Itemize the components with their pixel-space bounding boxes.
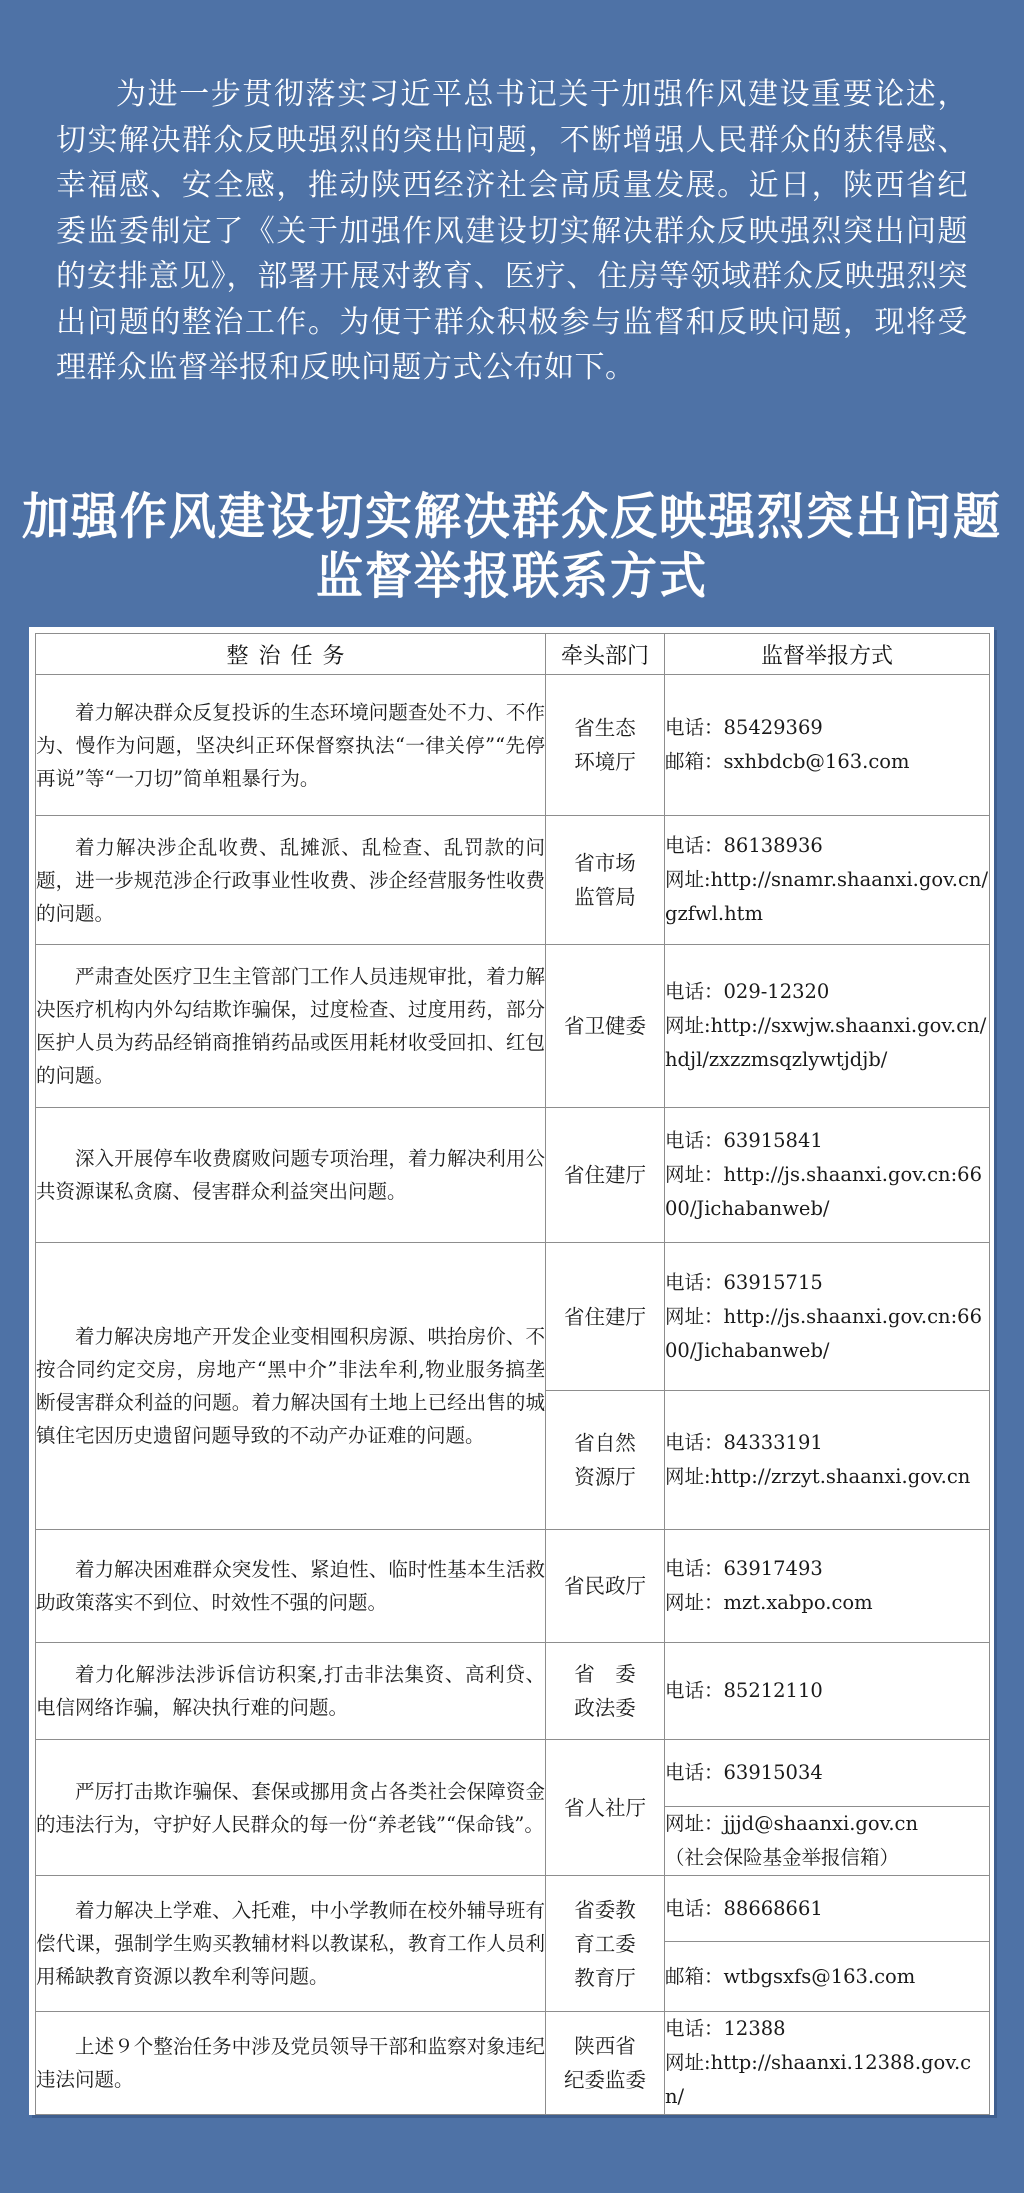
contact-cell: 电话：85212110 bbox=[665, 1643, 990, 1740]
dept-line: 资源厅 bbox=[546, 1460, 664, 1494]
task-cell: 着力解决涉企乱收费、乱摊派、乱检查、乱罚款的问题，进一步规范涉企行政事业性收费、… bbox=[36, 816, 546, 945]
contact-cell: 网址：jjjd@shaanxi.gov.cn （社会保险基金举报信箱） bbox=[665, 1807, 990, 1876]
table-header-row: 整治任务 牵头部门 监督举报方式 bbox=[36, 634, 990, 675]
dept-line: 纪委监委 bbox=[546, 2063, 664, 2097]
dept-cell: 省委教 育工委 教育厅 bbox=[546, 1876, 665, 2012]
dept-cell: 省住建厅 bbox=[546, 1108, 665, 1243]
table-row: 着力化解涉法涉诉信访积案,打击非法集资、高利贷、电信网络诈骗，解决执行难的问题。… bbox=[36, 1643, 990, 1740]
contact-table: 整治任务 牵头部门 监督举报方式 着力解决群众反复投诉的生态环境问题查处不力、不… bbox=[35, 633, 990, 2115]
contact-cell: 电话：86138936 网址:http://snamr.shaanxi.gov.… bbox=[665, 816, 990, 945]
header-dept: 牵头部门 bbox=[546, 634, 665, 675]
dept-line: 政法委 bbox=[546, 1691, 664, 1725]
table-row: 着力解决房地产开发企业变相囤积房源、哄抬房价、不按合同约定交房，房地产“黑中介”… bbox=[36, 1243, 990, 1391]
contact-cell: 电话：63915034 bbox=[665, 1740, 990, 1807]
table-row: 着力解决涉企乱收费、乱摊派、乱检查、乱罚款的问题，进一步规范涉企行政事业性收费、… bbox=[36, 816, 990, 945]
page-title: 加强作风建设切实解决群众反映强烈突出问题 监督举报联系方式 bbox=[0, 487, 1024, 607]
table-row: 严肃查处医疗卫生主管部门工作人员违规审批，着力解决医疗机构内外勾结欺诈骗保，过度… bbox=[36, 945, 990, 1108]
contact-cell: 电话：84333191 网址:http://zrzyt.shaanxi.gov.… bbox=[665, 1391, 990, 1530]
header-task: 整治任务 bbox=[36, 634, 546, 675]
task-cell: 深入开展停车收费腐败问题专项治理，着力解决利用公共资源谋私贪腐、侵害群众利益突出… bbox=[36, 1108, 546, 1243]
dept-line: 省卫健委 bbox=[546, 1009, 664, 1043]
dept-line: 省委教 bbox=[546, 1893, 664, 1927]
phone-text: 电话：85212110 bbox=[665, 1674, 989, 1708]
contact-cell: 电话：85429369 邮箱：sxhbdcb@163.com bbox=[665, 675, 990, 816]
dept-cell: 省民政厅 bbox=[546, 1530, 665, 1643]
phone-text: 电话：63915715 bbox=[665, 1266, 989, 1300]
website-link[interactable]: 网址：http://js.shaanxi.gov.cn:6600/Jichaba… bbox=[665, 1158, 989, 1226]
contact-table-panel: 整治任务 牵头部门 监督举报方式 着力解决群众反复投诉的生态环境问题查处不力、不… bbox=[29, 627, 994, 2115]
phone-text: 电话：029-12320 bbox=[665, 975, 989, 1009]
title-line-2: 监督举报联系方式 bbox=[0, 547, 1024, 607]
task-cell: 上述９个整治任务中涉及党员领导干部和监察对象违纪违法问题。 bbox=[36, 2012, 546, 2115]
email-text: 邮箱：sxhbdcb@163.com bbox=[665, 745, 989, 779]
table-row: 严厉打击欺诈骗保、套保或挪用贪占各类社会保障资金的违法行为，守护好人民群众的每一… bbox=[36, 1740, 990, 1807]
task-cell: 着力化解涉法涉诉信访积案,打击非法集资、高利贷、电信网络诈骗，解决执行难的问题。 bbox=[36, 1643, 546, 1740]
website-link[interactable]: 网址:http://shaanxi.12388.gov.cn/ bbox=[665, 2046, 989, 2114]
phone-text: 电话：63917493 bbox=[665, 1552, 989, 1586]
contact-cell: 电话：63915841 网址：http://js.shaanxi.gov.cn:… bbox=[665, 1108, 990, 1243]
website-link[interactable]: 网址:http://zrzyt.shaanxi.gov.cn bbox=[665, 1460, 989, 1494]
dept-line: 省市场 bbox=[546, 846, 664, 880]
dept-line: 省住建厅 bbox=[546, 1158, 664, 1192]
phone-text: 电话：12388 bbox=[665, 2012, 989, 2046]
table-row: 着力解决困难群众突发性、紧迫性、临时性基本生活救助政策落实不到位、时效性不强的问… bbox=[36, 1530, 990, 1643]
website-link[interactable]: 网址：mzt.xabpo.com bbox=[665, 1586, 989, 1620]
contact-cell: 电话：12388 网址:http://shaanxi.12388.gov.cn/ bbox=[665, 2012, 990, 2115]
website-link[interactable]: 网址：http://js.shaanxi.gov.cn:6600/Jichaba… bbox=[665, 1300, 989, 1368]
task-cell: 着力解决上学难、入托难，中小学教师在校外辅导班有偿代课，强制学生购买教辅材料以教… bbox=[36, 1876, 546, 2012]
contact-cell: 电话：63915715 网址：http://js.shaanxi.gov.cn:… bbox=[665, 1243, 990, 1391]
task-cell: 严肃查处医疗卫生主管部门工作人员违规审批，着力解决医疗机构内外勾结欺诈骗保，过度… bbox=[36, 945, 546, 1108]
task-cell: 着力解决困难群众突发性、紧迫性、临时性基本生活救助政策落实不到位、时效性不强的问… bbox=[36, 1530, 546, 1643]
phone-text: 电话：63915841 bbox=[665, 1124, 989, 1158]
dept-cell: 省卫健委 bbox=[546, 945, 665, 1108]
phone-text: 电话：84333191 bbox=[665, 1426, 989, 1460]
table-row: 着力解决上学难、入托难，中小学教师在校外辅导班有偿代课，强制学生购买教辅材料以教… bbox=[36, 1876, 990, 1942]
dept-cell: 省人社厅 bbox=[546, 1740, 665, 1876]
website-link[interactable]: 网址:http://sxwjw.shaanxi.gov.cn/hdjl/zxzz… bbox=[665, 1009, 989, 1077]
dept-line: 省人社厅 bbox=[546, 1791, 664, 1825]
dept-line: 省民政厅 bbox=[546, 1569, 664, 1603]
phone-text: 电话：63915034 bbox=[665, 1756, 989, 1790]
website-link[interactable]: 网址:http://snamr.shaanxi.gov.cn/gzfwl.htm bbox=[665, 863, 989, 931]
table-row: 着力解决群众反复投诉的生态环境问题查处不力、不作为、慢作为问题，坚决纠正环保督察… bbox=[36, 675, 990, 816]
dept-cell: 省住建厅 bbox=[546, 1243, 665, 1391]
contact-note: （社会保险基金举报信箱） bbox=[665, 1841, 989, 1875]
dept-cell: 省自然 资源厅 bbox=[546, 1391, 665, 1530]
phone-text: 电话：86138936 bbox=[665, 829, 989, 863]
dept-line: 教育厅 bbox=[546, 1961, 664, 1995]
header-contact: 监督举报方式 bbox=[665, 634, 990, 675]
dept-line: 省生态 bbox=[546, 711, 664, 745]
title-line-1: 加强作风建设切实解决群众反映强烈突出问题 bbox=[0, 487, 1024, 547]
dept-cell: 省 委 政法委 bbox=[546, 1643, 665, 1740]
contact-cell: 邮箱：wtbgsxfs@163.com bbox=[665, 1942, 990, 2012]
dept-cell: 省市场 监管局 bbox=[546, 816, 665, 945]
task-cell: 着力解决房地产开发企业变相囤积房源、哄抬房价、不按合同约定交房，房地产“黑中介”… bbox=[36, 1243, 546, 1530]
dept-line: 环境厅 bbox=[546, 745, 664, 779]
dept-cell: 陕西省 纪委监委 bbox=[546, 2012, 665, 2115]
dept-line: 陕西省 bbox=[546, 2029, 664, 2063]
table-row: 上述９个整治任务中涉及党员领导干部和监察对象违纪违法问题。 陕西省 纪委监委 电… bbox=[36, 2012, 990, 2115]
task-cell: 着力解决群众反复投诉的生态环境问题查处不力、不作为、慢作为问题，坚决纠正环保督察… bbox=[36, 675, 546, 816]
contact-cell: 电话：88668661 bbox=[665, 1876, 990, 1942]
dept-cell: 省生态 环境厅 bbox=[546, 675, 665, 816]
dept-line: 监管局 bbox=[546, 880, 664, 914]
table-row: 深入开展停车收费腐败问题专项治理，着力解决利用公共资源谋私贪腐、侵害群众利益突出… bbox=[36, 1108, 990, 1243]
email-text: 邮箱：wtbgsxfs@163.com bbox=[665, 1960, 989, 1994]
intro-paragraph: 为进一步贯彻落实习近平总书记关于加强作风建设重要论述，切实解决群众反映强烈的突出… bbox=[56, 72, 968, 391]
dept-line: 省住建厅 bbox=[546, 1300, 664, 1334]
email-text: 网址：jjjd@shaanxi.gov.cn bbox=[665, 1807, 989, 1841]
dept-line: 育工委 bbox=[546, 1927, 664, 1961]
contact-cell: 电话：63917493 网址：mzt.xabpo.com bbox=[665, 1530, 990, 1643]
dept-line: 省 委 bbox=[546, 1657, 664, 1691]
phone-text: 电话：88668661 bbox=[665, 1892, 989, 1926]
phone-text: 电话：85429369 bbox=[665, 711, 989, 745]
contact-cell: 电话：029-12320 网址:http://sxwjw.shaanxi.gov… bbox=[665, 945, 990, 1108]
task-cell: 严厉打击欺诈骗保、套保或挪用贪占各类社会保障资金的违法行为，守护好人民群众的每一… bbox=[36, 1740, 546, 1876]
dept-line: 省自然 bbox=[546, 1426, 664, 1460]
